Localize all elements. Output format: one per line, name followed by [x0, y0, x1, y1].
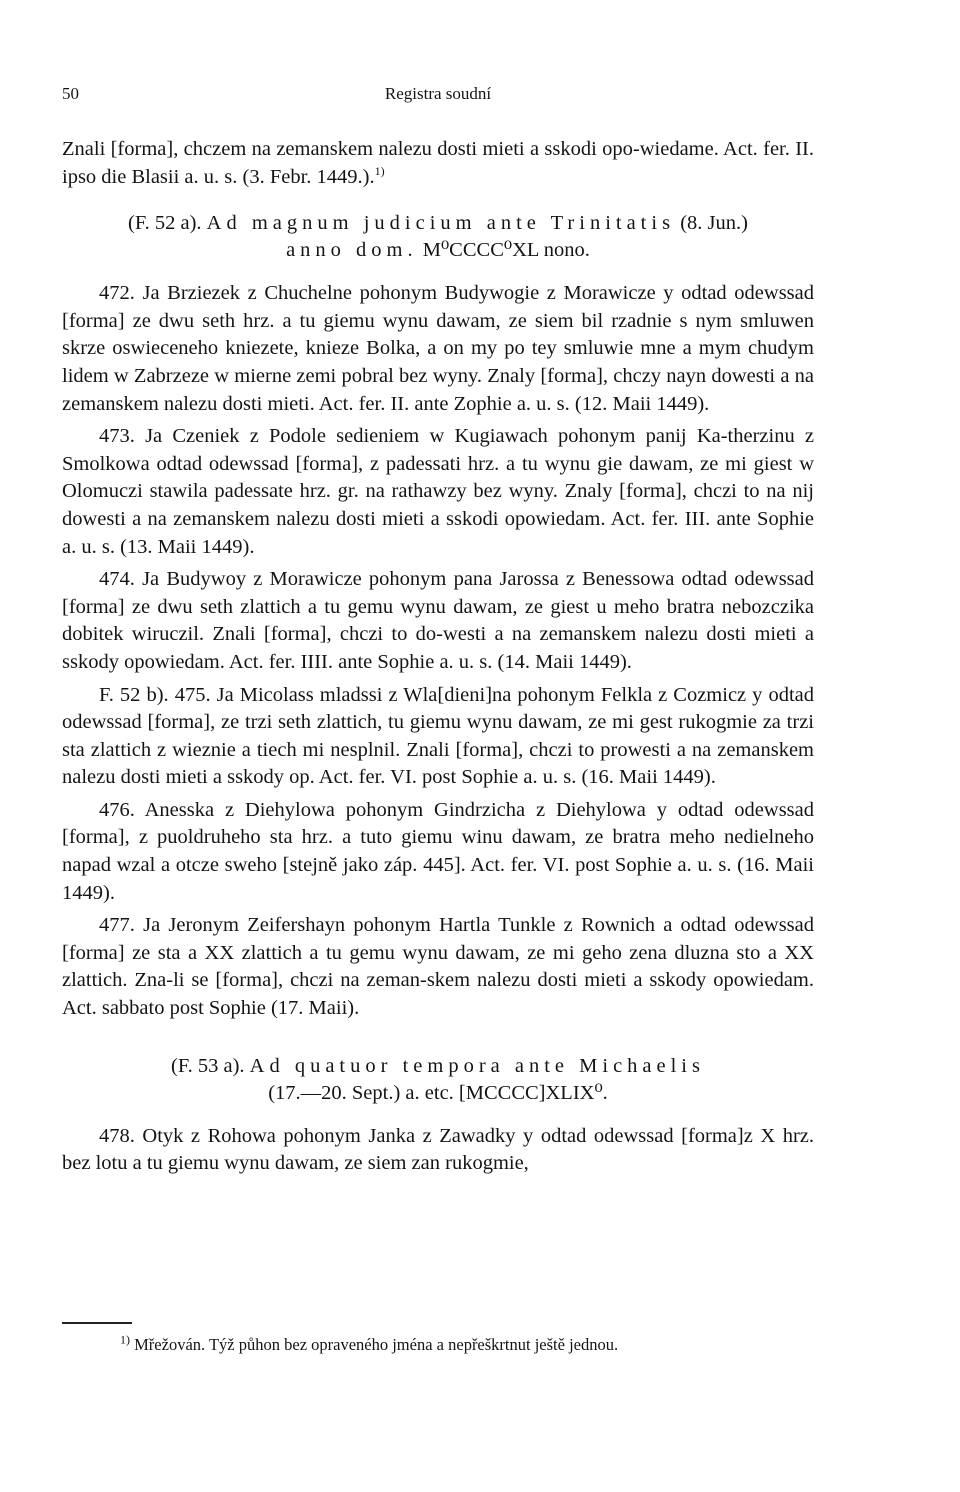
body-text: Znali [forma], chczem na zemanskem nalez…	[62, 136, 814, 1178]
entry-text: Anesska z Diehylowa pohonym Gindrzicha z…	[62, 799, 814, 904]
heading-line-1: (F. 52 a). Ad magnum judicium ante Trini…	[62, 210, 814, 237]
footnote-marker: 1)	[120, 1333, 130, 1347]
folio-reference: (F. 53 a).	[171, 1055, 245, 1077]
section-heading-trinitatis: (F. 52 a). Ad magnum judicium ante Trini…	[62, 210, 814, 264]
entry-475: F. 52 b). 475. Ja Micolass mladssi z Wla…	[62, 682, 814, 792]
running-head-title: Registra soudní	[62, 84, 814, 104]
paragraph-text: Znali [forma], chczem na zemanskem nalez…	[62, 138, 814, 188]
section-heading-michaelis: (F. 53 a). Ad quatuor tempora ante Micha…	[62, 1053, 814, 1107]
entry-text: Ja Czeniek z Podole sedieniem w Kugiawac…	[62, 425, 814, 557]
heading-line-1: (F. 53 a). Ad quatuor tempora ante Micha…	[62, 1053, 814, 1080]
footnote-text: Mřežován. Týž půhon bez opraveného jména…	[134, 1335, 618, 1354]
entry-473: 473. Ja Czeniek z Podole sedieniem w Kug…	[62, 423, 814, 561]
entry-476: 476. Anesska z Diehylowa pohonym Gindrzi…	[62, 797, 814, 907]
heading-line-2: anno dom. M⁰CCCC⁰XL nono.	[62, 237, 814, 264]
folio-reference: F. 52 b).	[99, 684, 169, 706]
entry-number: 474.	[99, 568, 135, 590]
entry-text: Ja Budywoy z Morawicze pohonym pana Jaro…	[62, 568, 814, 673]
entry-number: 472.	[99, 282, 135, 304]
entry-478: 478. Otyk z Rohowa pohonym Janka z Zawad…	[62, 1123, 814, 1178]
entry-text: Otyk z Rohowa pohonym Janka z Zawadky y …	[62, 1125, 814, 1175]
heading-title: Ad magnum judicium ante Trinitatis	[207, 212, 675, 234]
entry-number: 475.	[175, 684, 211, 706]
folio-reference: (F. 52 a).	[128, 212, 202, 234]
heading-year-label: anno dom.	[286, 239, 418, 261]
heading-line-2: (17.—20. Sept.) a. etc. [MCCCC]XLIX⁰.	[62, 1080, 814, 1107]
entry-text: Ja Jeronym Zeifershayn pohonym Hartla Tu…	[62, 914, 814, 1019]
heading-title: Ad quatuor tempora ante Michaelis	[250, 1055, 705, 1077]
entry-472: 472. Ja Brziezek z Chuchelne pohonym Bud…	[62, 280, 814, 418]
entry-text: Ja Brziezek z Chuchelne pohonym Budywogi…	[62, 282, 814, 414]
footnote: 1) Mřežován. Týž půhon bez opraveného jm…	[62, 1334, 814, 1356]
entry-number: 476.	[99, 799, 135, 821]
entry-474: 474. Ja Budywoy z Morawicze pohonym pana…	[62, 566, 814, 676]
heading-year: M⁰CCCC⁰XL nono.	[423, 239, 590, 261]
footnote-divider	[62, 1322, 132, 1324]
entry-number: 477.	[99, 914, 135, 936]
entry-number: 478.	[99, 1125, 135, 1147]
footnote-reference: 1)	[375, 164, 385, 178]
continued-paragraph: Znali [forma], chczem na zemanskem nalez…	[62, 136, 814, 191]
entry-477: 477. Ja Jeronym Zeifershayn pohonym Hart…	[62, 912, 814, 1022]
entry-number: 473.	[99, 425, 135, 447]
running-head: 50 Registra soudní	[62, 84, 814, 108]
heading-date: (8. Jun.)	[680, 212, 748, 234]
